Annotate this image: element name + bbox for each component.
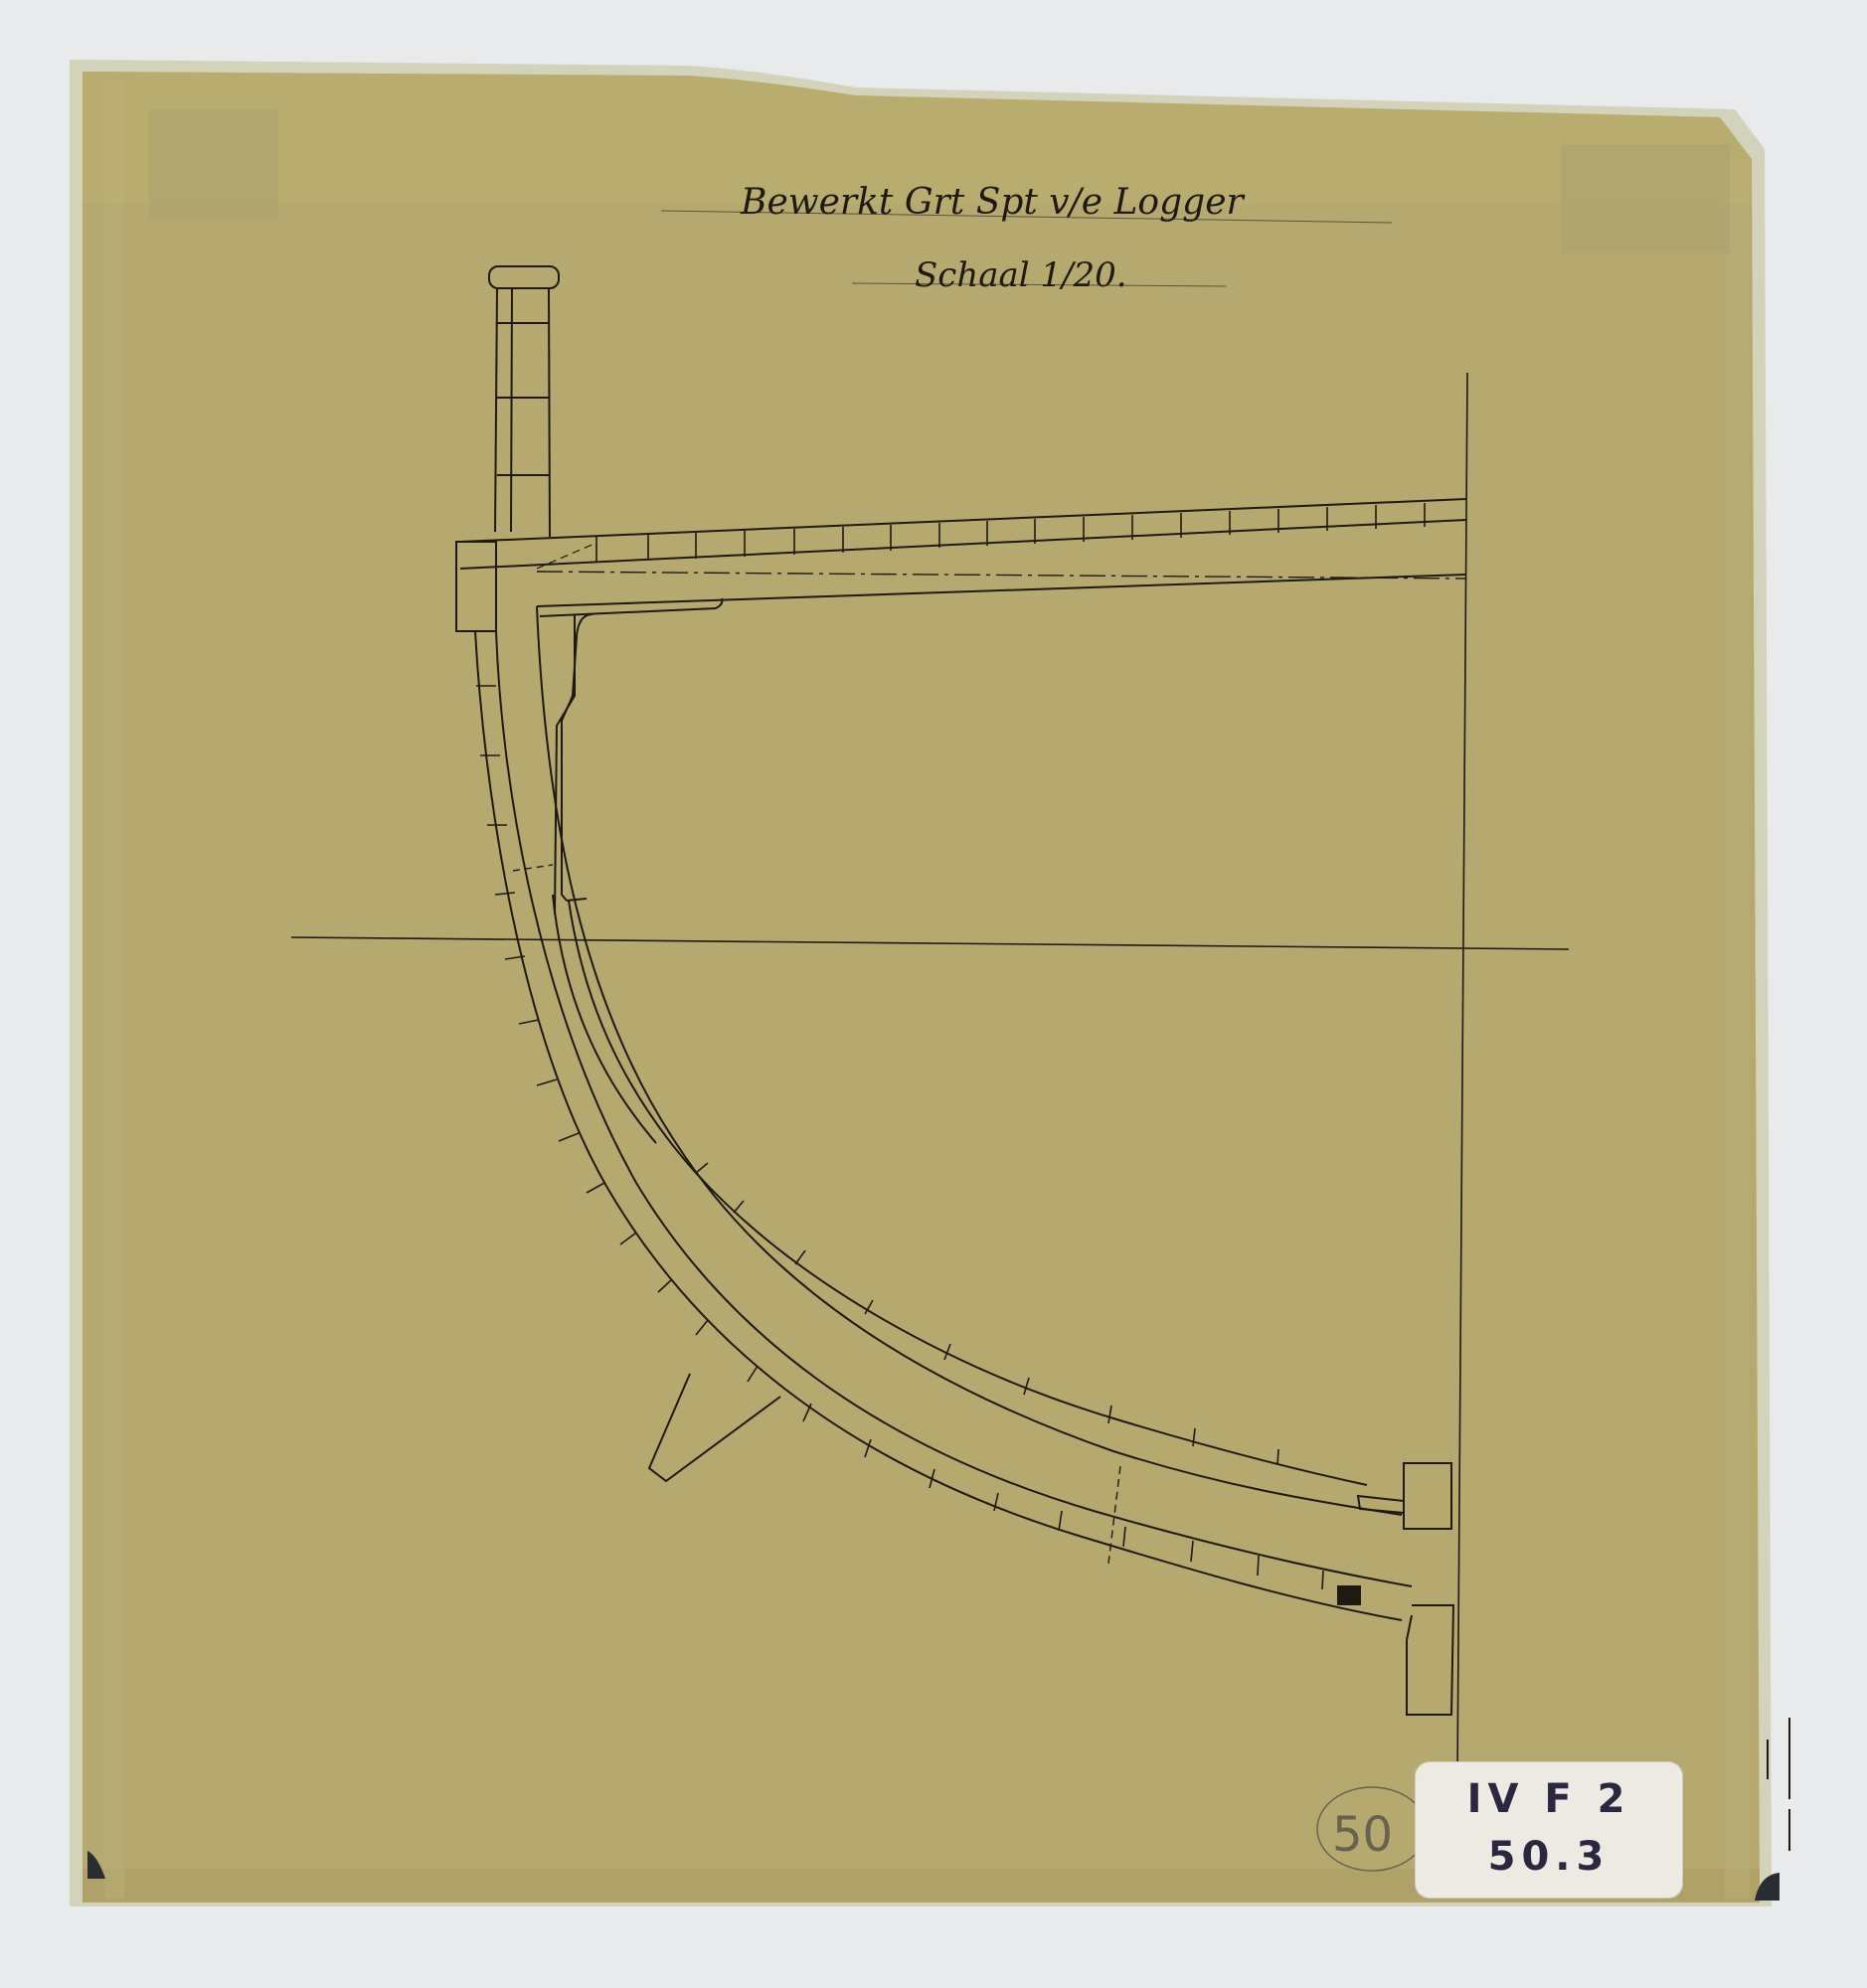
svg-text:50: 50 bbox=[1332, 1807, 1393, 1863]
catalog-label-line2: 50.3 bbox=[1416, 1834, 1682, 1880]
scale-text: Schaal 1/20. bbox=[915, 255, 1127, 295]
title-text: Bewerkt Grt Spt v/e Logger bbox=[740, 182, 1245, 223]
drawing-scan: Bewerkt Grt Spt v/e Logger Schaal 1/20. bbox=[0, 0, 1867, 1988]
catalog-label-line1: IV F 2 bbox=[1416, 1776, 1682, 1822]
catalog-label: IV F 2 50.3 bbox=[1416, 1762, 1682, 1898]
paper-sheet bbox=[70, 60, 1780, 1906]
drawing-canvas: Bewerkt Grt Spt v/e Logger Schaal 1/20. bbox=[0, 0, 1867, 1988]
filled-block bbox=[1338, 1586, 1360, 1604]
